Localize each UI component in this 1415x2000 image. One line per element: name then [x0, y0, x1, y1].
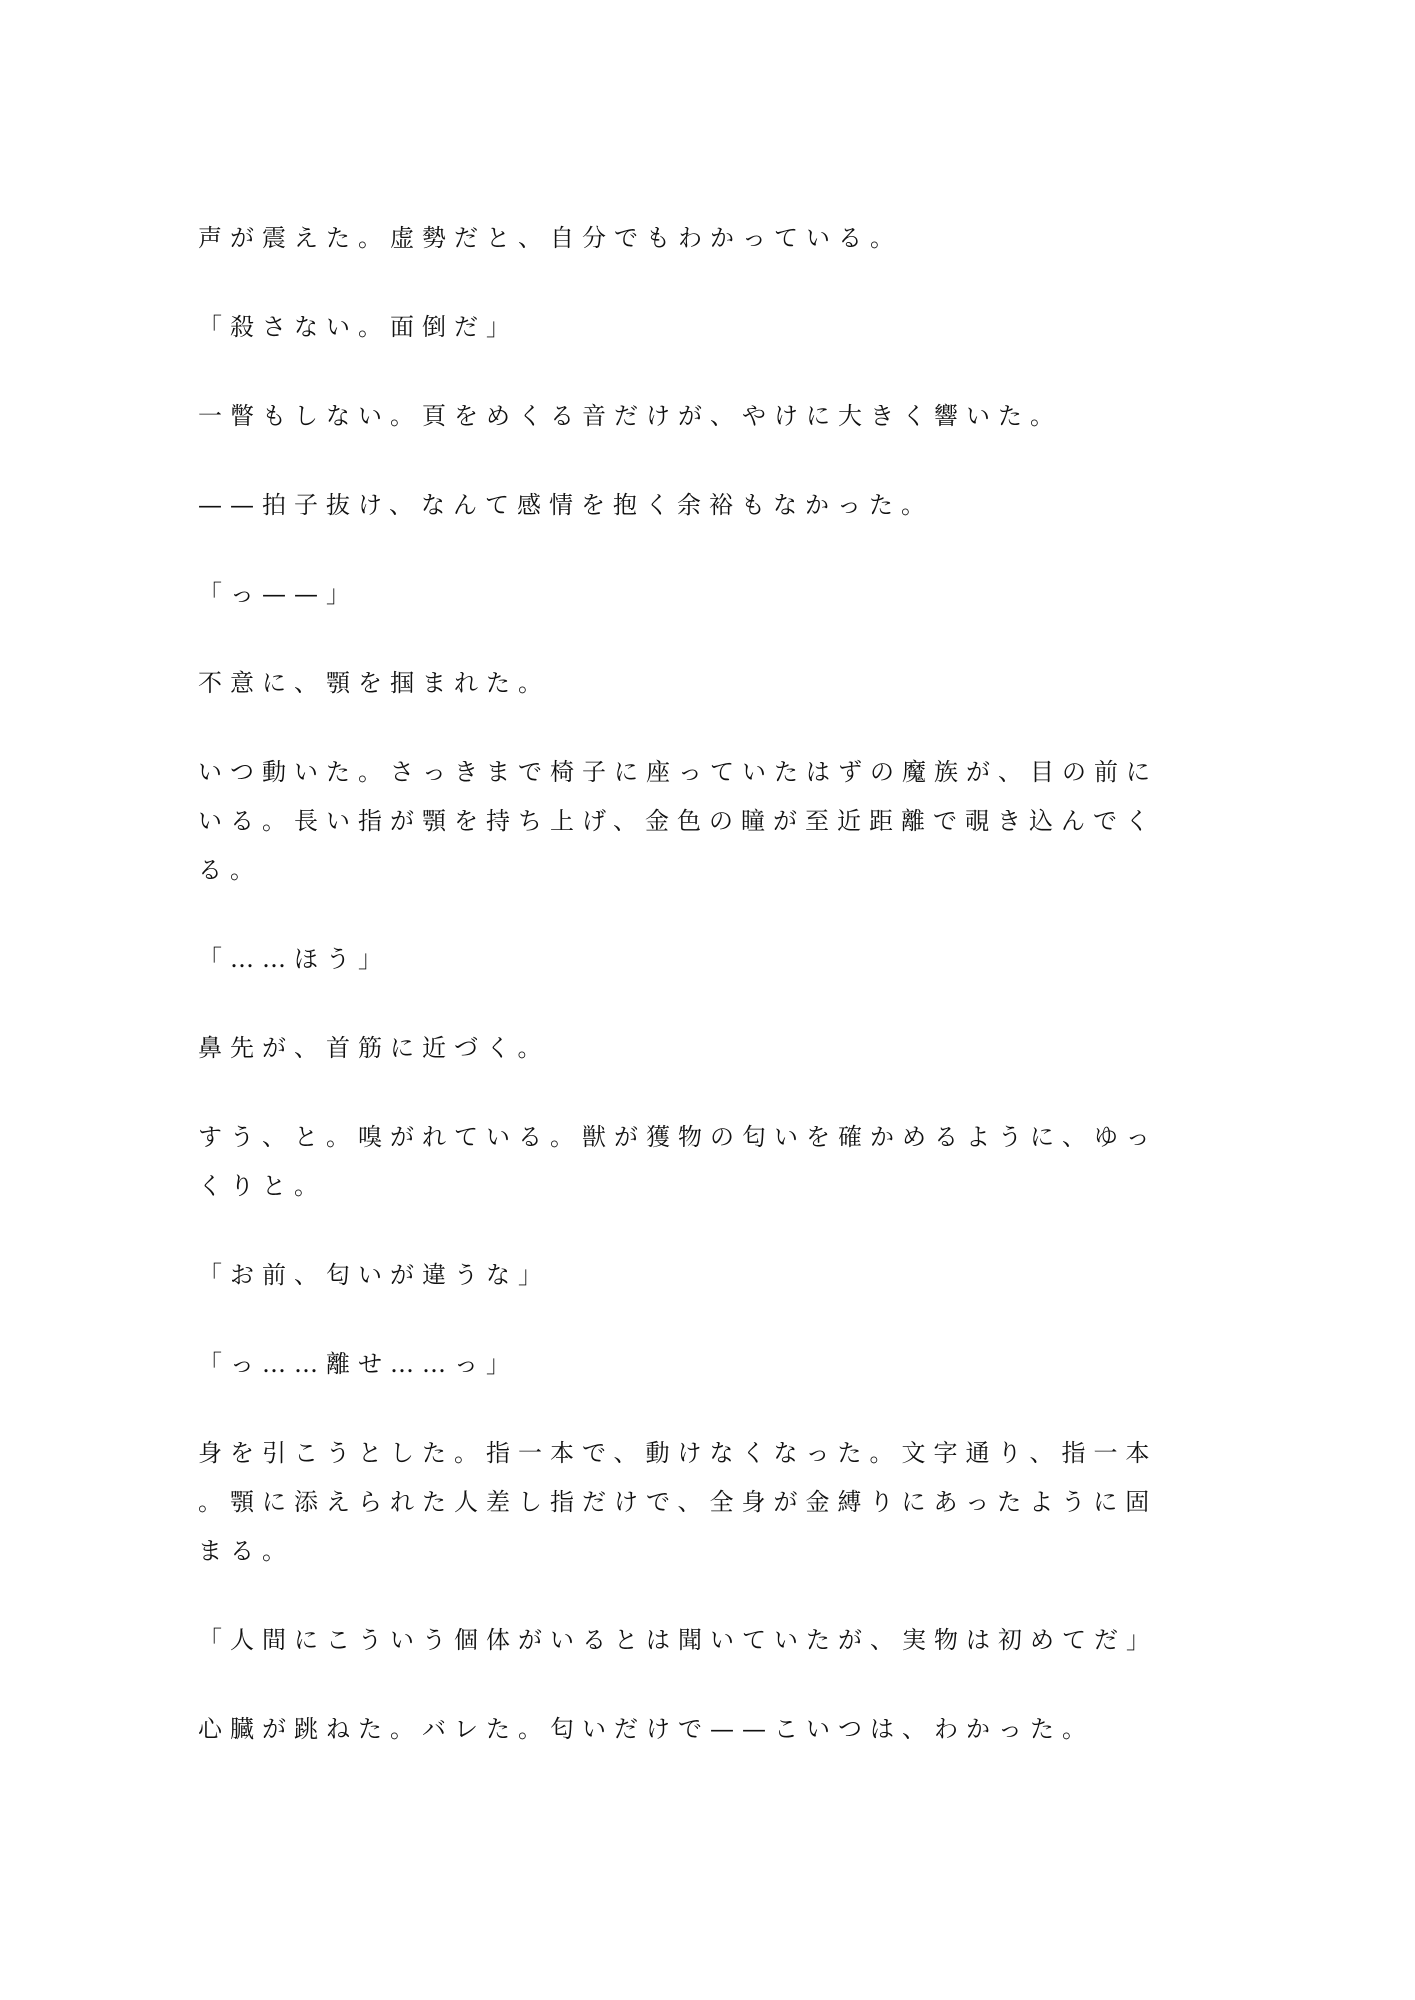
paragraph-narration: いつ動いた。さっきまで椅子に座っていたはずの魔族が、目の前にいる。長い指が顎を持… — [198, 748, 1178, 895]
paragraph-narration: 心臓が跳ねた。バレた。匂いだけで——こいつは、わかった。 — [198, 1705, 1178, 1754]
paragraph-dialogue: 「……ほう」 — [198, 935, 1178, 984]
paragraph-dialogue: 「っ……離せ……っ」 — [198, 1340, 1178, 1389]
paragraph-narration: 一瞥もしない。頁をめくる音だけが、やけに大きく響いた。 — [198, 392, 1178, 441]
paragraph-narration: 鼻先が、首筋に近づく。 — [198, 1024, 1178, 1073]
paragraph-dialogue: 「殺さない。面倒だ」 — [198, 303, 1178, 352]
paragraph-dialogue: 「っ——」 — [198, 570, 1178, 619]
paragraph-narration: 声が震えた。虚勢だと、自分でもわかっている。 — [198, 214, 1178, 263]
document-page: 声が震えた。虚勢だと、自分でもわかっている。 「殺さない。面倒だ」 一瞥もしない… — [198, 214, 1178, 1794]
paragraph-dialogue: 「お前、匂いが違うな」 — [198, 1251, 1178, 1300]
paragraph-narration: ——拍子抜け、なんて感情を抱く余裕もなかった。 — [198, 481, 1178, 530]
paragraph-narration: 不意に、顎を掴まれた。 — [198, 659, 1178, 708]
paragraph-narration: すう、と。嗅がれている。獣が獲物の匂いを確かめるように、ゆっくりと。 — [198, 1113, 1178, 1211]
paragraph-dialogue: 「人間にこういう個体がいるとは聞いていたが、実物は初めてだ」 — [198, 1616, 1178, 1665]
paragraph-narration: 身を引こうとした。指一本で、動けなくなった。文字通り、指一本。顎に添えられた人差… — [198, 1429, 1178, 1576]
